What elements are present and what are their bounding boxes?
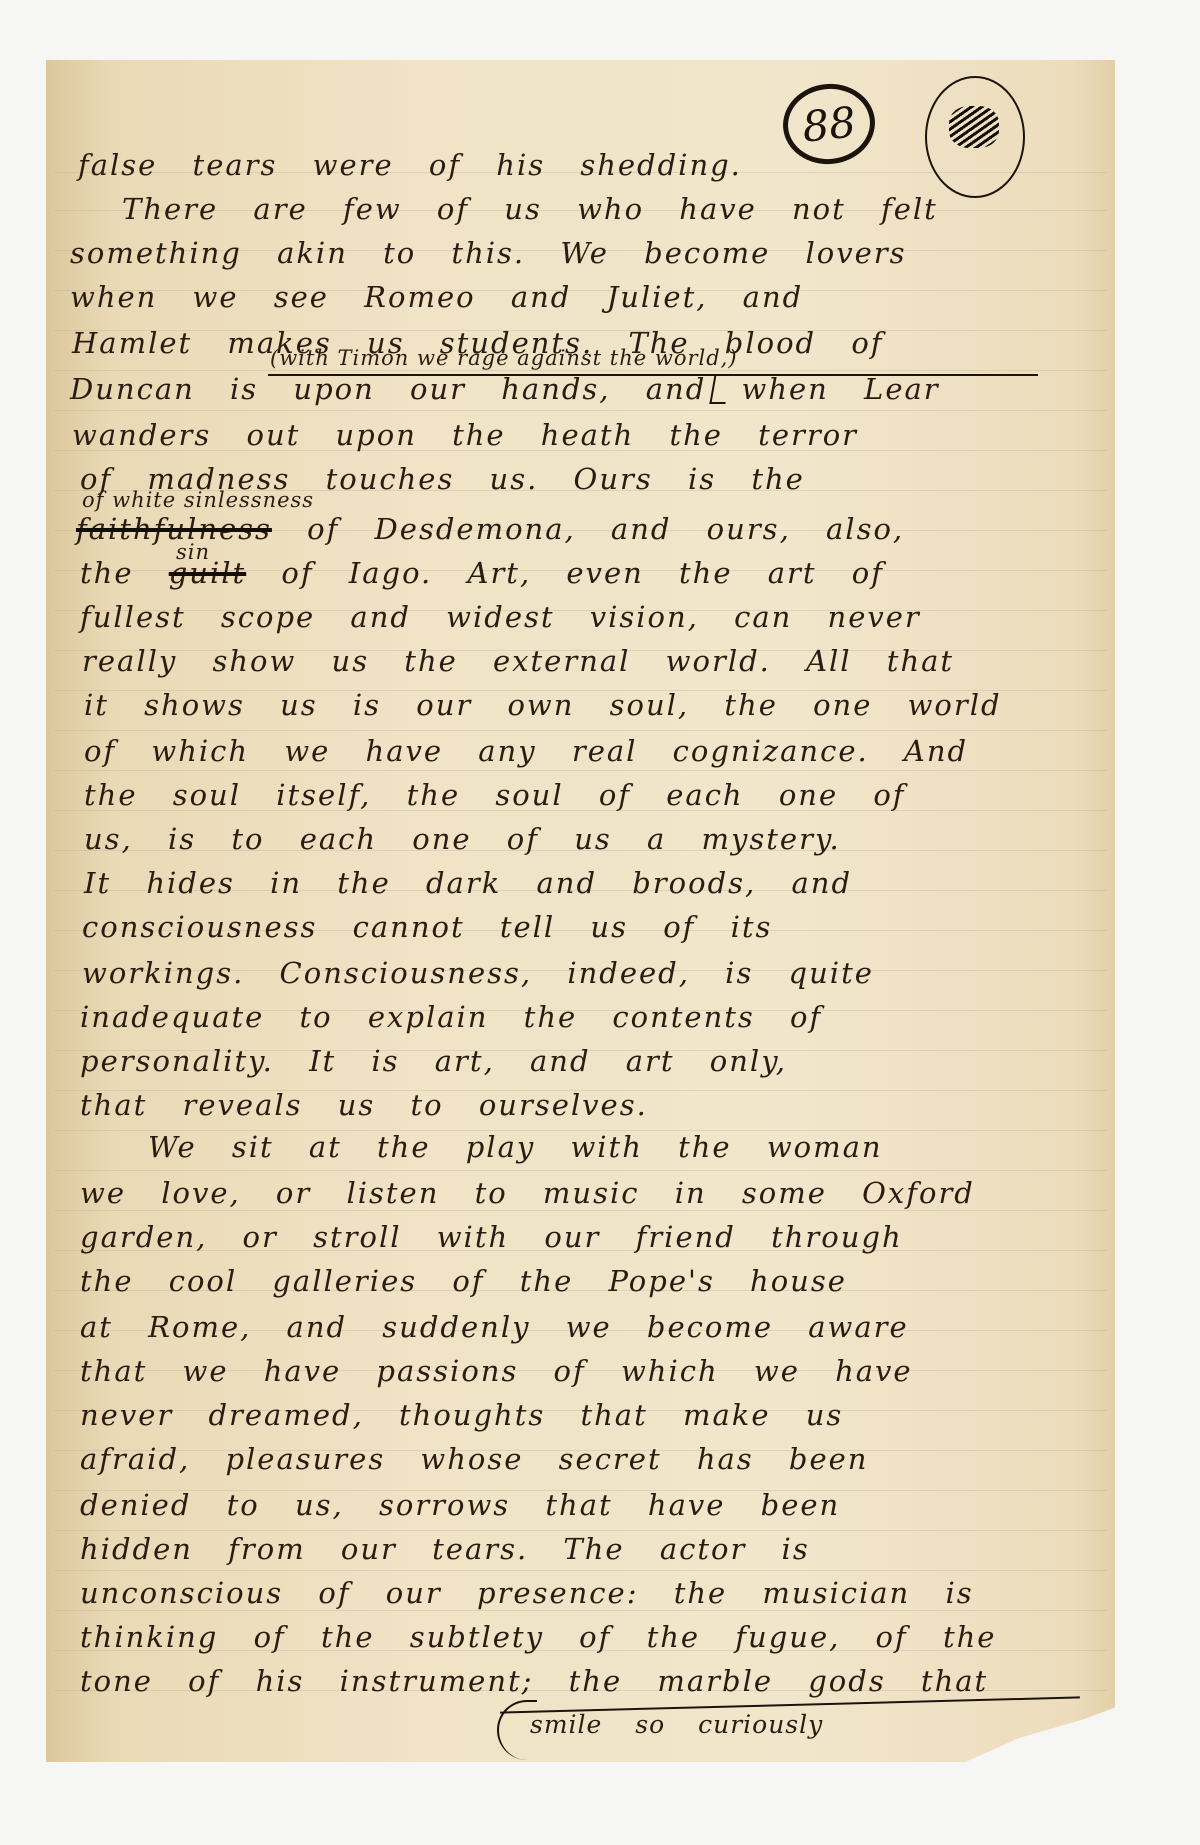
deleted-word: faithfulness	[76, 512, 272, 546]
text-line: when we see Romeo and Juliet, and	[70, 280, 1090, 314]
text-line: something akin to this. We become lovers	[70, 236, 1090, 270]
ruled-line	[54, 370, 1107, 371]
text-line: garden, or stroll with our friend throug…	[80, 1220, 1100, 1254]
text-line: us, is to each one of us a mystery.	[84, 822, 1104, 856]
text-line: consciousness cannot tell us of its	[82, 910, 1102, 944]
text-line: afraid, pleasures whose secret has been	[80, 1442, 1100, 1476]
ruled-line	[54, 1610, 1107, 1611]
text-line: workings. Consciousness, indeed, is quit…	[82, 956, 1102, 990]
ruled-line	[54, 1170, 1107, 1171]
text-line: We sit at the play with the woman	[148, 1130, 1168, 1164]
text-line: we love, or listen to music in some Oxfo…	[80, 1176, 1100, 1210]
text-line: It hides in the dark and broods, and	[84, 866, 1104, 900]
text-line: that we have passions of which we have	[80, 1354, 1100, 1388]
text-line: faithfulness of Desdemona, and ours, als…	[76, 512, 1096, 546]
text-line: it shows us is our own soul, the one wor…	[84, 688, 1104, 722]
ruled-line	[54, 730, 1107, 731]
folio-number: 88	[800, 97, 858, 151]
insertion-white-sinlessness: of white sinlessness	[82, 488, 314, 512]
text-line: never dreamed, thoughts that make us	[80, 1398, 1100, 1432]
deleted-word: guilt	[169, 556, 246, 590]
text-line: false tears were of his shedding.	[78, 148, 1098, 182]
text-line: at Rome, and suddenly we become aware	[80, 1310, 1100, 1344]
ruled-line	[54, 410, 1107, 411]
text-line: hidden from our tears. The actor is	[80, 1532, 1100, 1566]
text-line: There are few of us who have not felt	[122, 192, 1142, 226]
text-line: that reveals us to ourselves.	[80, 1088, 1100, 1122]
text-line: fullest scope and widest vision, can nev…	[80, 600, 1100, 634]
text-line: denied to us, sorrows that have been	[80, 1488, 1100, 1522]
text-line: the cool galleries of the Pope's house	[80, 1264, 1100, 1298]
ruled-line	[54, 1210, 1107, 1211]
scribbled-out-number	[949, 106, 999, 148]
text-line: tone of his instrument; the marble gods …	[80, 1664, 1100, 1698]
ruled-line	[54, 1530, 1107, 1531]
text-line: inadequate to explain the contents of	[80, 1000, 1100, 1034]
text-line: thinking of the subtlety of the fugue, o…	[80, 1620, 1100, 1654]
ruled-line	[54, 1570, 1107, 1571]
text-fragment: of Desdemona, and ours, also,	[307, 512, 904, 546]
text-line: the soul itself, the soul of each one of	[84, 778, 1104, 812]
text-line: personality. It is art, and art only,	[80, 1044, 1100, 1078]
insertion-smile-so-curiously: smile so curiously	[530, 1710, 823, 1739]
insertion-with-timon: (with Timon we rage against the world,)	[270, 346, 738, 370]
text-line: of which we have any real cognizance. An…	[84, 734, 1104, 768]
text-fragment: the	[80, 556, 134, 590]
text-line: really show us the external world. All t…	[82, 644, 1102, 678]
text-line: Duncan is upon our hands, and when Lear	[70, 372, 1090, 406]
text-line: the guilt of Iago. Art, even the art of	[80, 556, 1100, 590]
text-line: wanders out upon the heath the terror	[72, 418, 1092, 452]
text-fragment: of Iago. Art, even the art of	[281, 556, 884, 590]
text-line: unconscious of our presence: the musicia…	[80, 1576, 1100, 1610]
ruled-line	[54, 770, 1107, 771]
